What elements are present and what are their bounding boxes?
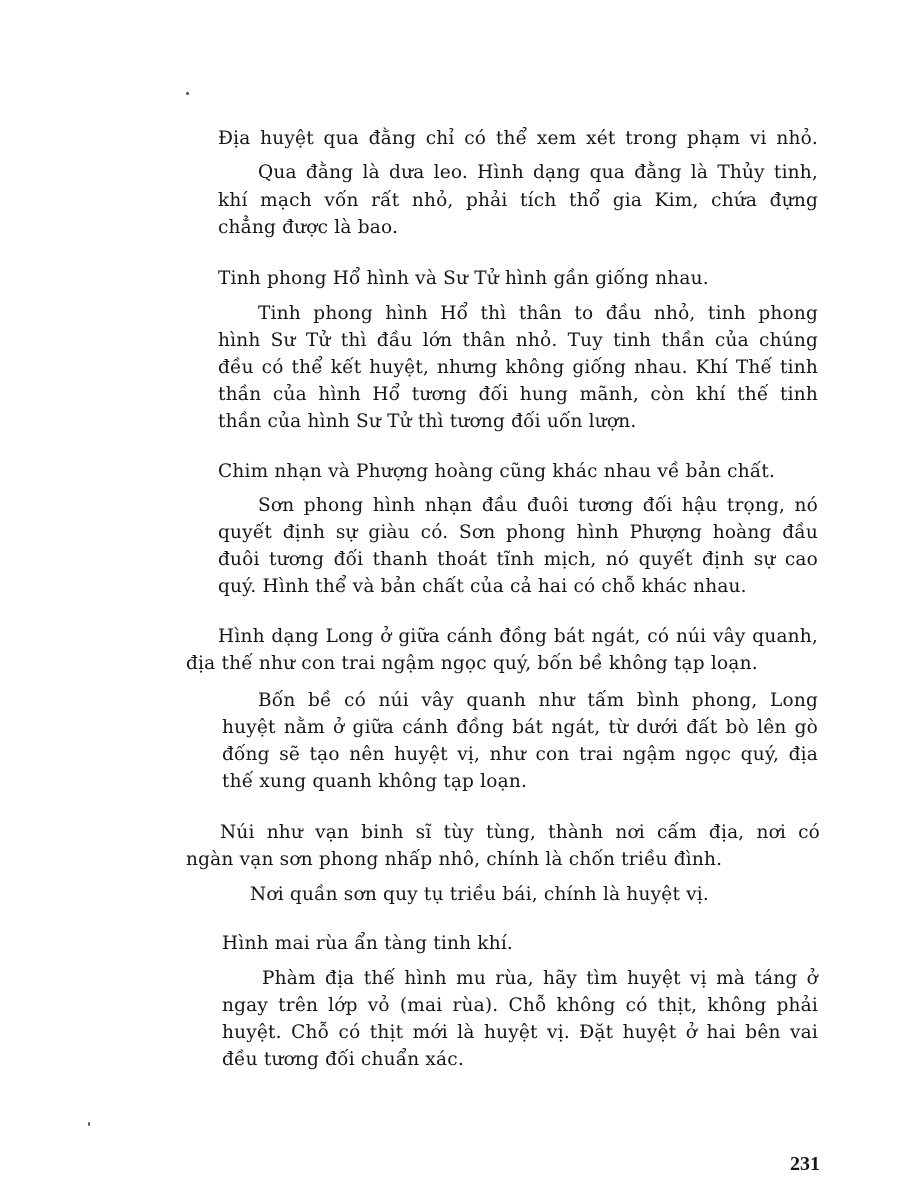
section-heading: Tinh phong Hổ hình và Sư Tử hình gần giố… [218, 268, 818, 290]
paragraph-line: đều có thể kết huyệt, nhưng không giống … [218, 357, 818, 379]
paragraph-line: đống sẽ tạo nên huyệt vị, như con trai n… [222, 744, 818, 766]
paragraph-line: khí mạch vốn rất nhỏ, phải tích thổ gia … [218, 190, 818, 212]
paragraph-line: quý. Hình thể và bản chất của cả hai có … [218, 576, 818, 598]
paragraph-line: Nơi quần sơn quy tụ triều bái, chính là … [250, 884, 810, 906]
paragraph-line: Qua đằng là dưa leo. Hình dạng qua đằng … [258, 162, 818, 184]
section-heading: ngàn vạn sơn phong nhấp nhô, chính là ch… [186, 849, 806, 871]
paragraph-line: chẳng được là bao. [218, 217, 818, 239]
section-heading: Hình mai rùa ẩn tàng tinh khí. [222, 933, 782, 955]
paragraph-line: thế xung quanh không tạp loạn. [222, 771, 818, 793]
page-number: 231 [790, 1153, 820, 1176]
section-heading: Núi như vạn binh sĩ tùy tùng, thành nơi … [220, 822, 820, 844]
scan-speck [186, 92, 189, 95]
paragraph-line: Phàm địa thế hình mu rùa, hãy tìm huyệt … [262, 968, 818, 990]
section-heading: Chim nhạn và Phượng hoàng cũng khác nhau… [218, 461, 818, 483]
paragraph-line: quyết định sự giàu có. Sơn phong hình Ph… [218, 522, 818, 544]
section-heading: Địa huyệt qua đằng chỉ có thể xem xét tr… [218, 128, 818, 150]
paragraph-line: Sơn phong hình nhạn đầu đuôi tương đối h… [258, 495, 818, 517]
paragraph-line: Tinh phong hình Hổ thì thân to đầu nhỏ, … [258, 303, 818, 325]
paragraph-line: Bốn bề có núi vây quanh như tấm bình pho… [258, 690, 818, 712]
paragraph-line: đều tương đối chuẩn xác. [222, 1049, 818, 1071]
book-page: Địa huyệt qua đằng chỉ có thể xem xét tr… [0, 0, 921, 1200]
paragraph-line: đuôi tương đối thanh thoát tĩnh mịch, nó… [218, 549, 818, 571]
paragraph-line: hình Sư Tử thì đầu lớn thân nhỏ. Tuy tin… [218, 330, 818, 352]
paragraph-line: thần của hình Hổ tương đối hung mãnh, cò… [218, 384, 818, 406]
paragraph-line: huyệt. Chỗ có thịt mới là huyệt vị. Đặt … [222, 1022, 818, 1044]
scan-speck [88, 1122, 90, 1126]
paragraph-line: ngay trên lớp vỏ (mai rùa). Chỗ không có… [222, 995, 818, 1017]
paragraph-line: thần của hình Sư Tử thì tương đối uốn lư… [218, 411, 818, 433]
section-heading: Hình dạng Long ở giữa cánh đồng bát ngát… [218, 626, 818, 648]
paragraph-line: huyệt nằm ở giữa cánh đồng bát ngát, từ … [222, 717, 818, 739]
section-heading: địa thế như con trai ngậm ngọc quý, bốn … [186, 653, 806, 675]
